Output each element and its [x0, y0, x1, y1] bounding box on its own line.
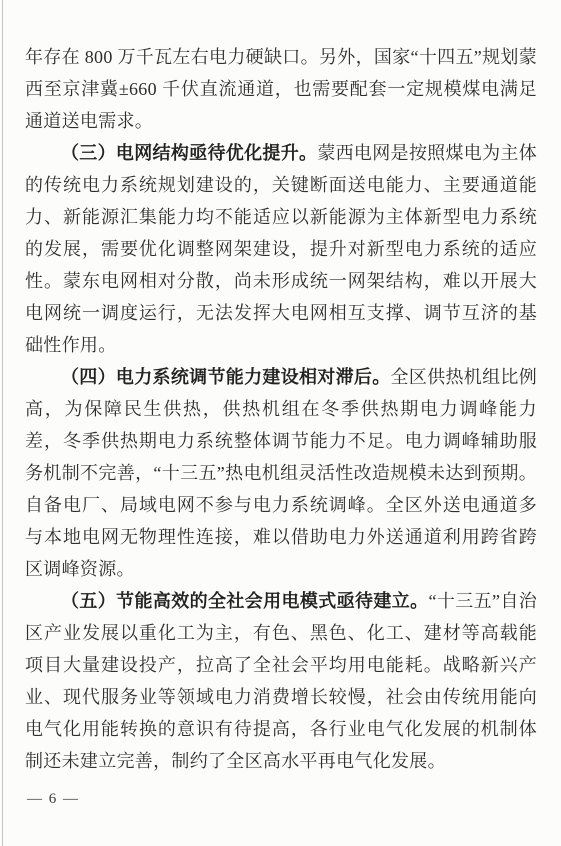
- paragraph-text: 年存在 800 万千瓦左右电力硬缺口。另外，国家“十四五”规划蒙西至京津冀±66…: [25, 47, 537, 131]
- paragraph-section-5: （五）节能高效的全社会用电模式亟待建立。“十三五”自治区产业发展以重化工为主，有…: [25, 585, 537, 777]
- paragraph-text: 全区供热机组比例高，为保障民生供热，供热机组在冬季供热期电力调峰能力差，冬季供热…: [25, 367, 537, 579]
- paragraph-continuation: 年存在 800 万千瓦左右电力硬缺口。另外，国家“十四五”规划蒙西至京津冀±66…: [25, 41, 537, 137]
- document-page: 年存在 800 万千瓦左右电力硬缺口。另外，国家“十四五”规划蒙西至京津冀±66…: [0, 0, 561, 846]
- paragraph-heading: （四）电力系统调节能力建设相对滞后。: [61, 367, 391, 387]
- page-number: — 6 —: [27, 791, 80, 808]
- scan-edge-line: [2, 0, 3, 846]
- document-text-block: 年存在 800 万千瓦左右电力硬缺口。另外，国家“十四五”规划蒙西至京津冀±66…: [25, 41, 537, 777]
- paragraph-text: 蒙西电网是按照煤电为主体的传统电力系统规划建设的，关键断面送电能力、主要通道能力…: [25, 143, 537, 355]
- paragraph-section-4: （四）电力系统调节能力建设相对滞后。全区供热机组比例高，为保障民生供热，供热机组…: [25, 361, 537, 585]
- paragraph-text: “十三五”自治区产业发展以重化工为主，有色、黑色、化工、建材等高载能项目大量建设…: [25, 591, 537, 771]
- paragraph-heading: （五）节能高效的全社会用电模式亟待建立。: [61, 591, 428, 611]
- paragraph-section-3: （三）电网结构亟待优化提升。蒙西电网是按照煤电为主体的传统电力系统规划建设的，关…: [25, 137, 537, 361]
- paragraph-heading: （三）电网结构亟待优化提升。: [61, 143, 317, 163]
